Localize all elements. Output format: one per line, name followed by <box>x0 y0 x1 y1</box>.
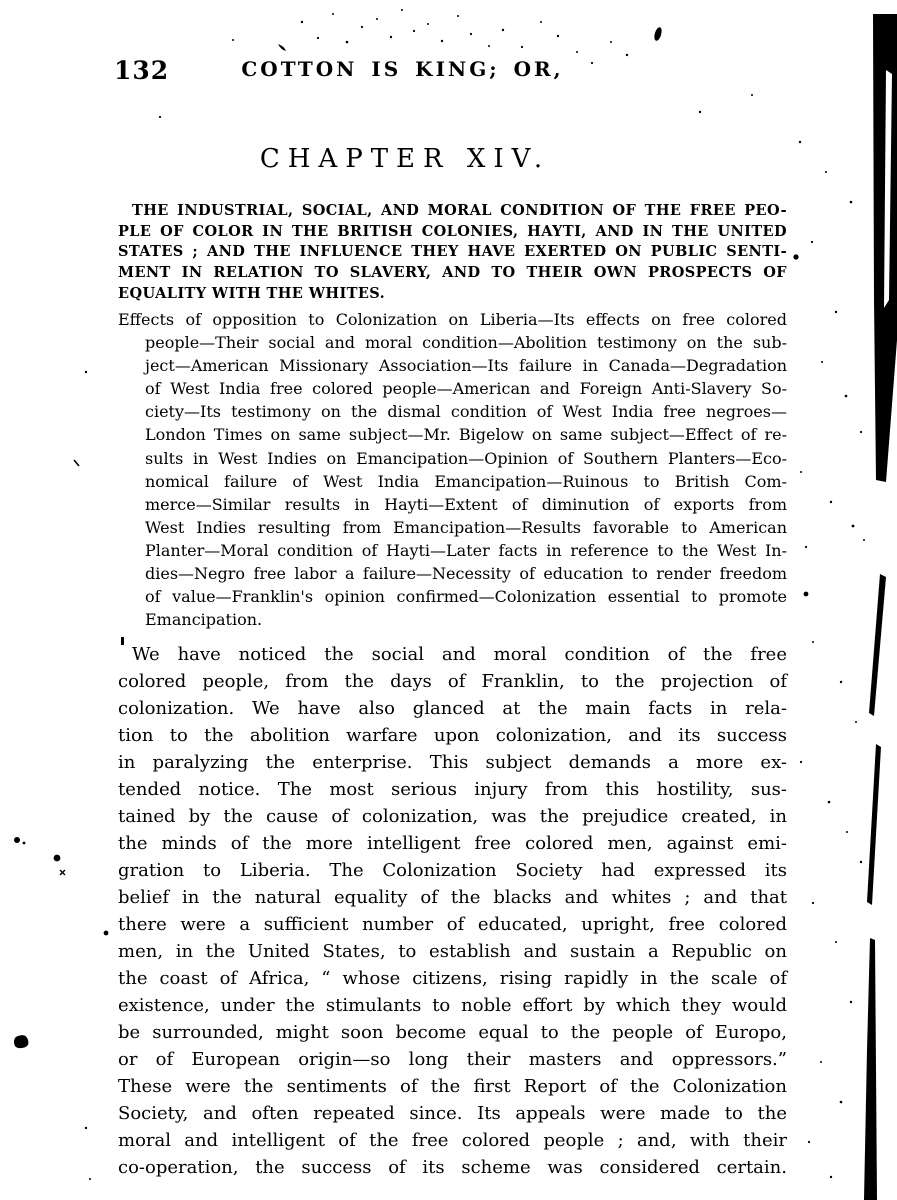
text-line: colonization. We have also glanced at th… <box>118 695 787 722</box>
text-line: ject—American Missionary Association—Its… <box>118 354 787 377</box>
text-line: West Indies resulting from Emancipation—… <box>118 516 787 539</box>
text-line: tended notice. The most serious injury f… <box>118 776 787 803</box>
text-line: These were the sentiments of the first R… <box>118 1073 787 1100</box>
text-line: gration to Liberia. The Colonization Soc… <box>118 857 787 884</box>
text-line: the minds of the more intelligent free c… <box>118 830 787 857</box>
text-line: THE INDUSTRIAL, SOCIAL, AND MORAL CONDIT… <box>118 201 787 222</box>
text-line: people—Their social and moral condition—… <box>118 331 787 354</box>
text-line: MENT IN RELATION TO SLAVERY, AND TO THEI… <box>118 263 787 284</box>
text-line: colored people, from the days of Frankli… <box>118 668 787 695</box>
text-line: ciety—Its testimony on the dismal condit… <box>118 400 787 423</box>
text-line: PLE OF COLOR IN THE BRITISH COLONIES, HA… <box>118 222 787 243</box>
text-line: Planter—Moral condition of Hayti—Later f… <box>118 539 787 562</box>
text-line: co-operation, the success of its scheme … <box>118 1154 787 1181</box>
scan-edge-band <box>864 14 897 1200</box>
text-line: We have noticed the social and moral con… <box>118 641 787 668</box>
text-line: be surrounded, might soon become equal t… <box>118 1019 787 1046</box>
text-line: Society, and often repeated since. Its a… <box>118 1100 787 1127</box>
text-line: or of European origin—so long their mast… <box>118 1046 787 1073</box>
text-line: moral and intelligent of the free colore… <box>118 1127 787 1154</box>
text-line: of West India free colored people—Americ… <box>118 377 787 400</box>
text-line: nomical failure of West India Emancipati… <box>118 470 787 493</box>
text-line: merce—Similar results in Hayti—Extent of… <box>118 493 787 516</box>
text-line: EQUALITY WITH THE WHITES. <box>118 284 787 305</box>
text-line: there were a sufficient number of educat… <box>118 911 787 938</box>
chapter-title: CHAPTER XIV. <box>115 144 695 174</box>
running-header: COTTON IS KING; OR, <box>115 57 690 81</box>
chapter-synopsis: Effects of opposition to Colonization on… <box>118 308 787 631</box>
text-line: men, in the United States, to establish … <box>118 938 787 965</box>
chapter-heading: THE INDUSTRIAL, SOCIAL, AND MORAL CONDIT… <box>118 201 787 305</box>
text-line: Emancipation. <box>118 608 787 631</box>
text-line: tained by the cause of colonization, was… <box>118 803 787 830</box>
text-line: dies—Negro free labor a failure—Necessit… <box>118 562 787 585</box>
text-line: in paralyzing the enterprise. This subje… <box>118 749 787 776</box>
text-line: belief in the natural equality of the bl… <box>118 884 787 911</box>
text-line: tion to the abolition warfare upon colon… <box>118 722 787 749</box>
text-line: the coast of Africa, “ whose citizens, r… <box>118 965 787 992</box>
text-line: STATES ; AND THE INFLUENCE THEY HAVE EXE… <box>118 242 787 263</box>
text-line: sults in West Indies on Emancipation—Opi… <box>118 447 787 470</box>
text-line: existence, under the stimulants to noble… <box>118 992 787 1019</box>
text-line: Effects of opposition to Colonization on… <box>118 308 787 331</box>
text-line: London Times on same subject—Mr. Bigelow… <box>118 423 787 446</box>
text-line: of value—Franklin's opinion confirmed—Co… <box>118 585 787 608</box>
scanned-book-page: 132 COTTON IS KING; OR, CHAPTER XIV. THE… <box>0 0 897 1200</box>
body-paragraph: We have noticed the social and moral con… <box>118 641 787 1181</box>
